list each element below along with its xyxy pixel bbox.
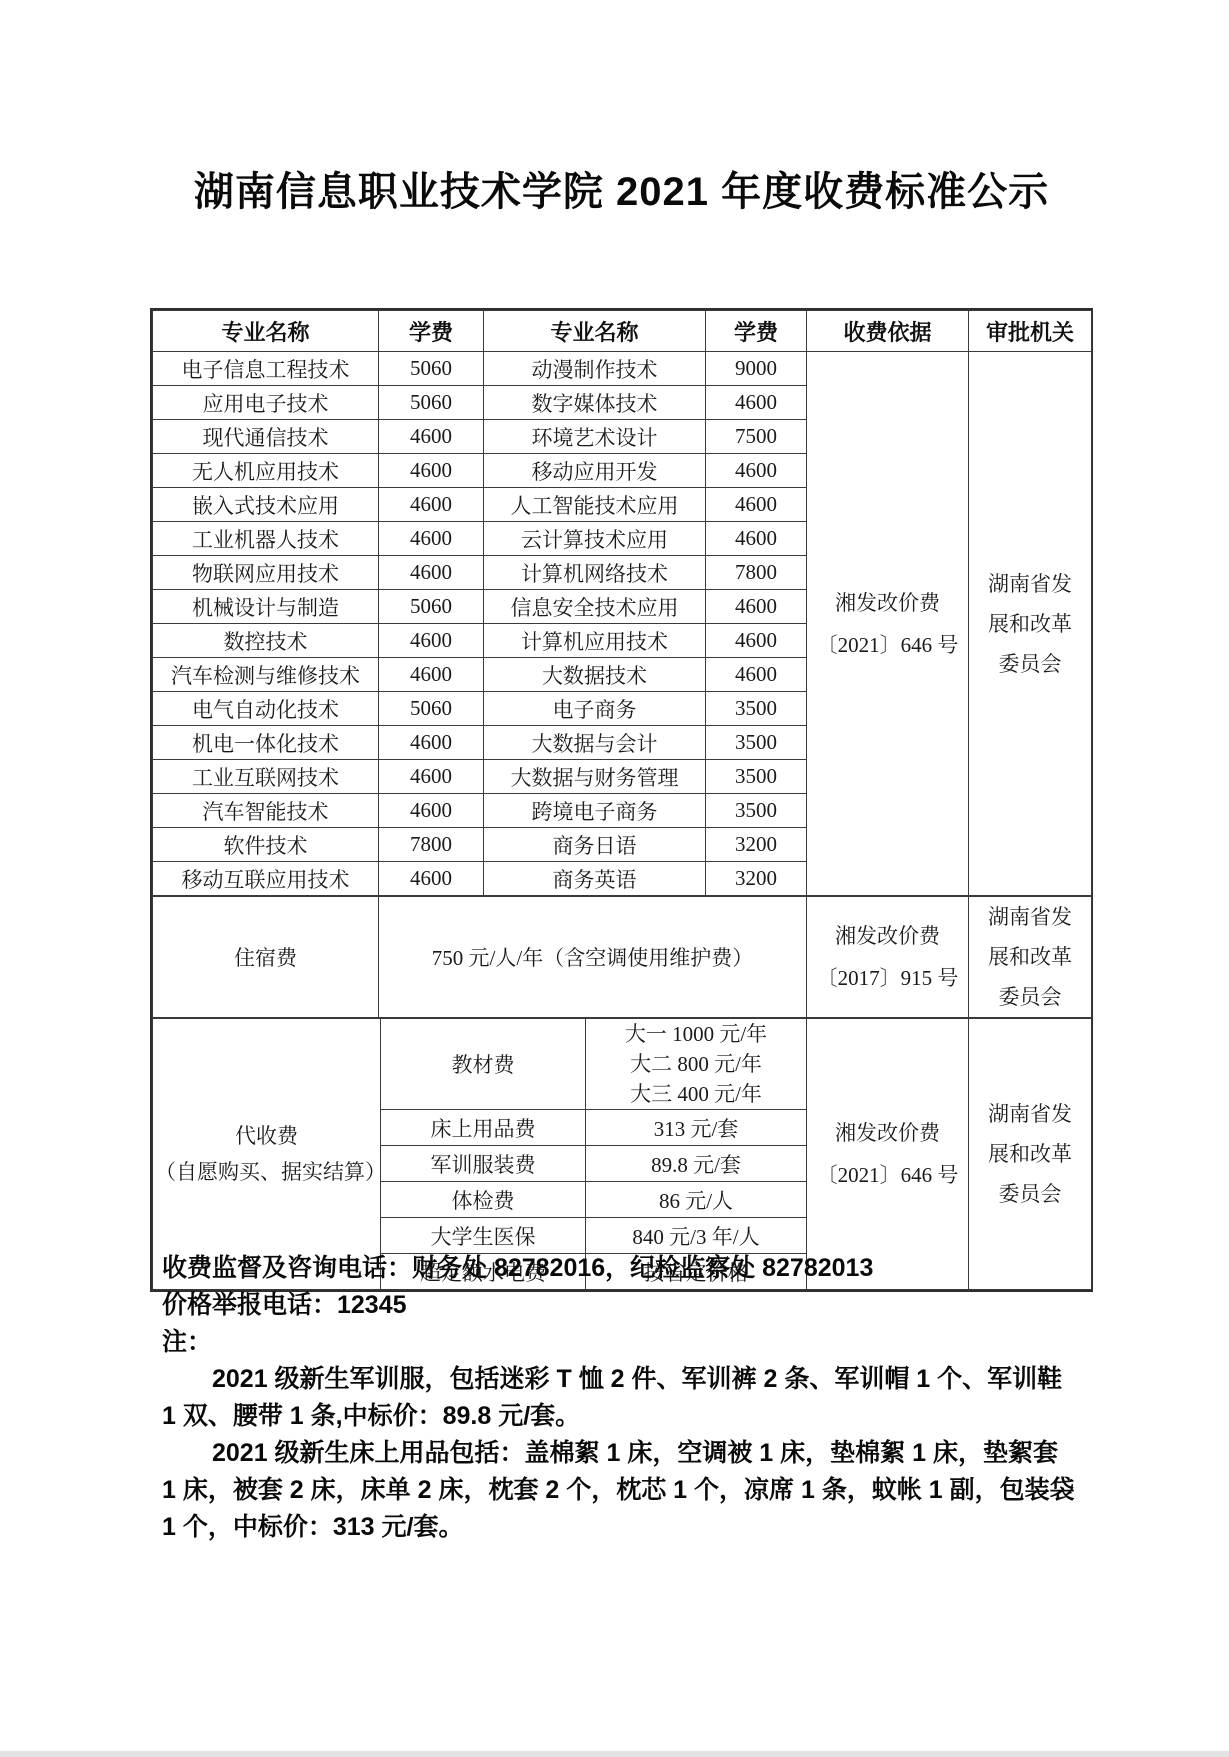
textbook-fee-line: 大一 1000 元/年 — [588, 1019, 804, 1049]
major-name-cell: 电子商务 — [484, 692, 706, 726]
tuition-fee-cell: 5060 — [379, 692, 484, 726]
agency-fee-basis: 湘发改价费 〔2021〕646 号 — [807, 1019, 969, 1290]
major-name-cell: 汽车智能技术 — [153, 794, 379, 828]
agency-fee-row: 代收费 （自愿购买、据实结算） 教材费 大一 1000 元/年 大二 800 元… — [153, 1019, 1092, 1110]
major-name-cell: 无人机应用技术 — [153, 454, 379, 488]
major-name-cell: 电子信息工程技术 — [153, 352, 379, 386]
major-name-cell: 大数据技术 — [484, 658, 706, 692]
tuition-fee-cell: 3200 — [706, 828, 807, 862]
tuition-fee-cell: 4600 — [379, 624, 484, 658]
bottom-edge-strip — [0, 1751, 1229, 1757]
major-name-cell: 数字媒体技术 — [484, 386, 706, 420]
tuition-fee-cell: 7800 — [379, 828, 484, 862]
authority-line: 湖南省发 — [971, 1094, 1089, 1134]
major-name-cell: 电气自动化技术 — [153, 692, 379, 726]
major-name-cell: 计算机网络技术 — [484, 556, 706, 590]
major-name-cell: 工业互联网技术 — [153, 760, 379, 794]
tuition-fee-cell: 3500 — [706, 692, 807, 726]
major-name-cell: 跨境电子商务 — [484, 794, 706, 828]
major-name-cell: 数控技术 — [153, 624, 379, 658]
major-name-cell: 现代通信技术 — [153, 420, 379, 454]
tuition-fee-cell: 4600 — [706, 522, 807, 556]
major-name-cell: 环境艺术设计 — [484, 420, 706, 454]
major-name-cell: 人工智能技术应用 — [484, 488, 706, 522]
tuition-fee-cell: 4600 — [706, 590, 807, 624]
fee-item-name: 教材费 — [381, 1019, 586, 1110]
major-name-cell: 应用电子技术 — [153, 386, 379, 420]
major-name-cell: 信息安全技术应用 — [484, 590, 706, 624]
accommodation-fee-basis: 湘发改价费 〔2017〕915 号 — [807, 897, 969, 1018]
tuition-approval-authority: 湖南省发 展和改革 委员会 — [969, 352, 1092, 896]
tuition-fee-cell: 4600 — [379, 658, 484, 692]
basis-line: 湘发改价费 — [809, 915, 966, 957]
tuition-fee-cell: 5060 — [379, 590, 484, 624]
tuition-fee-cell: 4600 — [379, 862, 484, 896]
major-name-cell: 移动互联应用技术 — [153, 862, 379, 896]
agency-fee-label: 代收费 （自愿购买、据实结算） — [153, 1019, 381, 1290]
major-name-cell: 动漫制作技术 — [484, 352, 706, 386]
major-name-cell: 计算机应用技术 — [484, 624, 706, 658]
footer-notes: 收费监督及咨询电话：财务处 82782016，纪检监察处 82782013 价格… — [162, 1250, 1078, 1546]
note-label: 注： — [162, 1324, 1078, 1361]
tuition-fee-cell: 4600 — [379, 556, 484, 590]
tuition-fee-cell: 9000 — [706, 352, 807, 386]
basis-line: 〔2017〕915 号 — [809, 957, 966, 999]
textbook-fee-line: 大二 800 元/年 — [588, 1049, 804, 1079]
authority-line: 委员会 — [971, 1174, 1089, 1214]
tuition-fee-cell: 4600 — [706, 454, 807, 488]
fee-item-name: 大学生医保 — [381, 1218, 586, 1254]
major-name-cell: 工业机器人技术 — [153, 522, 379, 556]
tuition-fee-cell: 4600 — [706, 488, 807, 522]
col-header-fee-2: 学费 — [706, 311, 807, 352]
fee-table: 专业名称 学费 专业名称 学费 收费依据 审批机关 电子信息工程技术 5060 … — [150, 308, 1093, 1292]
col-header-fee-1: 学费 — [379, 311, 484, 352]
tuition-fee-basis: 湘发改价费 〔2021〕646 号 — [807, 352, 969, 896]
basis-line: 〔2021〕646 号 — [809, 624, 966, 666]
major-name-cell: 大数据与财务管理 — [484, 760, 706, 794]
fee-item-name: 体检费 — [381, 1182, 586, 1218]
tuition-fee-cell: 4600 — [706, 386, 807, 420]
tuition-fee-cell: 4600 — [379, 420, 484, 454]
tuition-table: 专业名称 学费 专业名称 学费 收费依据 审批机关 电子信息工程技术 5060 … — [152, 310, 1092, 896]
authority-line: 湖南省发 — [971, 564, 1089, 604]
accommodation-row: 住宿费 750 元/人/年（含空调使用维护费） 湘发改价费 〔2017〕915 … — [153, 897, 1092, 1018]
tuition-fee-cell: 5060 — [379, 386, 484, 420]
page-title: 湖南信息职业技术学院 2021 年度收费标准公示 — [150, 166, 1093, 218]
tuition-fee-cell: 4600 — [379, 454, 484, 488]
tuition-fee-cell: 3500 — [706, 726, 807, 760]
price-report-phone-line: 价格举报电话：12345 — [162, 1287, 1078, 1324]
agency-fee-label-title: 代收费 — [155, 1118, 378, 1154]
major-name-cell: 汽车检测与维修技术 — [153, 658, 379, 692]
accommodation-approval-authority: 湖南省发 展和改革 委员会 — [969, 897, 1092, 1018]
authority-line: 展和改革 — [971, 604, 1089, 644]
col-header-major-2: 专业名称 — [484, 311, 706, 352]
document-page: 湖南信息职业技术学院 2021 年度收费标准公示 专业名称 学费 专业名称 学费… — [0, 0, 1229, 1757]
authority-line: 委员会 — [971, 644, 1089, 684]
authority-line: 委员会 — [971, 977, 1089, 1017]
accommodation-value: 750 元/人/年（含空调使用维护费） — [379, 897, 807, 1018]
major-name-cell: 商务日语 — [484, 828, 706, 862]
tuition-fee-cell: 3500 — [706, 794, 807, 828]
tuition-row: 电子信息工程技术 5060 动漫制作技术 9000 湘发改价费 〔2021〕64… — [153, 352, 1092, 386]
fee-item-value: 89.8 元/套 — [586, 1146, 807, 1182]
major-name-cell: 大数据与会计 — [484, 726, 706, 760]
tuition-fee-cell: 4600 — [379, 488, 484, 522]
basis-line: 湘发改价费 — [809, 1112, 966, 1154]
tuition-fee-cell: 7800 — [706, 556, 807, 590]
major-name-cell: 物联网应用技术 — [153, 556, 379, 590]
fee-item-value: 313 元/套 — [586, 1110, 807, 1146]
col-header-major-1: 专业名称 — [153, 311, 379, 352]
fee-item-value: 大一 1000 元/年 大二 800 元/年 大三 400 元/年 — [586, 1019, 807, 1110]
tuition-fee-cell: 4600 — [379, 726, 484, 760]
tuition-fee-cell: 7500 — [706, 420, 807, 454]
authority-line: 湖南省发 — [971, 897, 1089, 937]
major-name-cell: 移动应用开发 — [484, 454, 706, 488]
agency-approval-authority: 湖南省发 展和改革 委员会 — [969, 1019, 1092, 1290]
tuition-fee-cell: 3500 — [706, 760, 807, 794]
tuition-fee-cell: 5060 — [379, 352, 484, 386]
col-header-basis: 收费依据 — [807, 311, 969, 352]
major-name-cell: 云计算技术应用 — [484, 522, 706, 556]
fee-item-name: 军训服装费 — [381, 1146, 586, 1182]
major-name-cell: 机械设计与制造 — [153, 590, 379, 624]
tuition-fee-cell: 4600 — [379, 760, 484, 794]
major-name-cell: 机电一体化技术 — [153, 726, 379, 760]
major-name-cell: 嵌入式技术应用 — [153, 488, 379, 522]
agency-fee-label-note: （自愿购买、据实结算） — [155, 1154, 378, 1190]
tuition-fee-cell: 4600 — [379, 794, 484, 828]
fee-item-value: 840 元/3 年/人 — [586, 1218, 807, 1254]
major-name-cell: 软件技术 — [153, 828, 379, 862]
tuition-fee-cell: 4600 — [706, 624, 807, 658]
major-name-cell: 商务英语 — [484, 862, 706, 896]
basis-line: 〔2021〕646 号 — [809, 1154, 966, 1196]
accommodation-table: 住宿费 750 元/人/年（含空调使用维护费） 湘发改价费 〔2017〕915 … — [152, 896, 1092, 1018]
fee-item-value: 86 元/人 — [586, 1182, 807, 1218]
authority-line: 展和改革 — [971, 1134, 1089, 1174]
table-header-row: 专业名称 学费 专业名称 学费 收费依据 审批机关 — [153, 311, 1092, 352]
authority-line: 展和改革 — [971, 937, 1089, 977]
fee-item-name: 床上用品费 — [381, 1110, 586, 1146]
note-bedding-set: 2021 级新生床上用品包括：盖棉絮 1 床，空调被 1 床，垫棉絮 1 床，垫… — [162, 1435, 1078, 1546]
col-header-authority: 审批机关 — [969, 311, 1092, 352]
tuition-fee-cell: 4600 — [706, 658, 807, 692]
tuition-fee-cell: 3200 — [706, 862, 807, 896]
basis-line: 湘发改价费 — [809, 582, 966, 624]
tuition-fee-cell: 4600 — [379, 522, 484, 556]
textbook-fee-line: 大三 400 元/年 — [588, 1079, 804, 1109]
note-military-uniform: 2021 级新生军训服，包括迷彩 T 恤 2 件、军训裤 2 条、军训帽 1 个… — [162, 1361, 1078, 1435]
supervision-phone-line: 收费监督及咨询电话：财务处 82782016，纪检监察处 82782013 — [162, 1250, 1078, 1287]
accommodation-label: 住宿费 — [153, 897, 379, 1018]
